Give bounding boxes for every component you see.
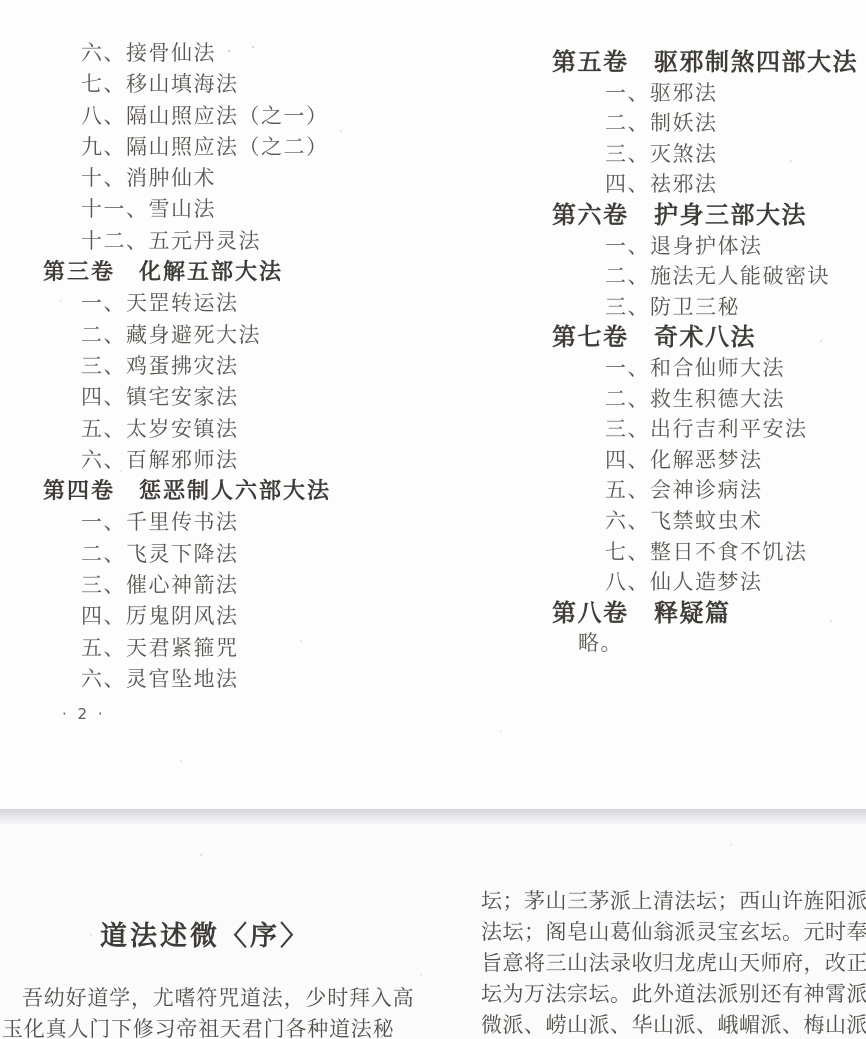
toc-entry: 一、天罡转运法 [0,288,433,319]
toc-entry: 九、隔山照应法（之二） [0,132,433,163]
toc-section-header: 第三卷 化解五部大法 [0,257,433,288]
toc-entry: 二、救生积德大法 [433,384,866,415]
toc-entry: 五、太岁安镇法 [0,414,433,445]
toc-left-column: 六、接骨仙法七、移山填海法八、隔山照应法（之一）九、隔山照应法（之二）十、消肿仙… [0,38,433,731]
preface-right-column: 坛；茅山三茅派上清法坛；西山许旌阳派法坛；阁皂山葛仙翁派灵宝玄坛。元时奉旨意将三… [481,886,866,1039]
toc-entry: 三、鸡蛋拂灾法 [0,351,433,382]
toc-entry: 七、整日不食不饥法 [433,537,866,568]
toc-entry: 八、隔山照应法（之一） [0,101,433,132]
toc-entry: 六、飞禁蚊虫术 [433,506,866,537]
toc-entry: 五、会神诊病法 [433,475,866,506]
text-line: 吾幼好道学，尤嗜符咒道法，少时拜入高 [2,983,432,1014]
toc-section-header: 第八卷 释疑篇 [433,598,866,629]
toc-entry: 三、催心神箭法 [0,570,433,601]
text-line: 微派、崂山派、华山派、峨嵋派、梅山派 [481,1010,866,1039]
scan-noise [0,0,2,2]
toc-entry: 三、灭煞法 [433,139,866,170]
toc-entry: 五、天君紧箍咒 [0,633,433,664]
text-line: 法坛；阁皂山葛仙翁派灵宝玄坛。元时奉 [481,917,866,948]
toc-section-header: 第五卷 驱邪制煞四部大法 [433,47,866,78]
toc-entry: 四、镇宅安家法 [0,382,433,413]
text-line: 玉化真人门下修习帝祖天君门各种道法秘 [2,1014,432,1039]
scanned-document-view: 六、接骨仙法七、移山填海法八、隔山照应法（之一）九、隔山照应法（之二）十、消肿仙… [0,0,866,1039]
toc-entry: 二、制妖法 [433,108,866,139]
preface-paragraph: 吾幼好道学，尤嗜符咒道法，少时拜入高玉化真人门下修习帝祖天君门各种道法秘 [2,983,432,1039]
page-number: · 2 · [0,699,433,730]
toc-entry: 四、厉鬼阴风法 [0,601,433,632]
toc-section-header: 第六卷 护身三部大法 [433,200,866,231]
toc-right-column: 第五卷 驱邪制煞四部大法一、驱邪法二、制妖法三、灭煞法四、祛邪法第六卷 护身三部… [433,47,866,659]
preface-page: 道法述微〈序〉 吾幼好道学，尤嗜符咒道法，少时拜入高玉化真人门下修习帝祖天君门各… [0,824,866,1039]
toc-entry: 二、藏身避死大法 [0,320,433,351]
toc-entry: 七、移山填海法 [0,69,433,100]
text-line: 坛为万法宗坛。此外道法派别还有神霄派 [481,979,866,1010]
toc-section-header: 第四卷 惩恶制人六部大法 [0,476,433,507]
toc-entry: 四、化解恶梦法 [433,445,866,476]
toc-entry: 十、消肿仙术 [0,163,433,194]
toc-entry: 一、退身护体法 [433,231,866,262]
toc-section-header: 第七卷 奇术八法 [433,322,866,353]
toc-page: 六、接骨仙法七、移山填海法八、隔山照应法（之一）九、隔山照应法（之二）十、消肿仙… [0,0,866,809]
toc-entry: 四、祛邪法 [433,169,866,200]
toc-entry: 一、千里传书法 [0,507,433,538]
toc-entry: 六、接骨仙法 [0,38,433,69]
toc-entry: 一、驱邪法 [433,78,866,109]
toc-entry: 三、出行吉利平安法 [433,414,866,445]
text-line: 坛；茅山三茅派上清法坛；西山许旌阳派 [481,886,866,917]
toc-entry: 三、防卫三秘 [433,292,866,323]
toc-entry: 略。 [433,628,866,659]
toc-entry: 二、飞灵下降法 [0,539,433,570]
toc-entry: 十一、雪山法 [0,194,433,225]
toc-entry: 六、百解邪师法 [0,445,433,476]
text-line: 旨意将三山法录收归龙虎山天师府，改正 [481,948,866,979]
toc-entry: 十二、五元丹灵法 [0,226,433,257]
toc-entry: 一、和合仙师大法 [433,353,866,384]
preface-title: 道法述微〈序〉 [100,914,310,953]
page-separator [0,809,866,824]
toc-entry: 二、施法无人能破密诀 [433,261,866,292]
scan-noise [0,824,2,826]
toc-entry: 六、灵官坠地法 [0,664,433,695]
toc-entry: 八、仙人造梦法 [433,567,866,598]
